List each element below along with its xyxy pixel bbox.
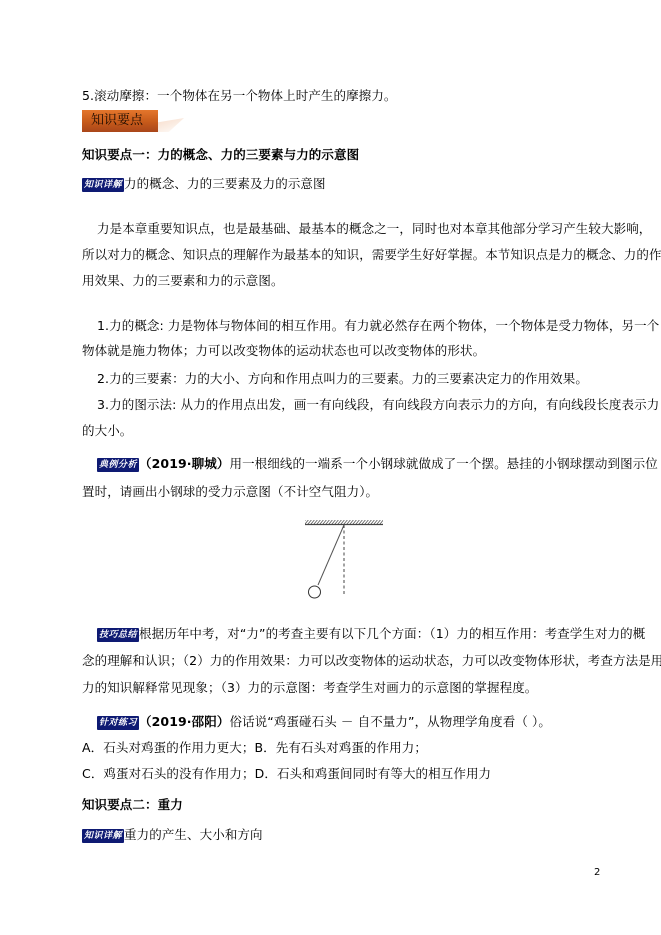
example-analysis-badge: 典例分析 xyxy=(97,458,139,472)
ceiling-hatch xyxy=(305,520,383,524)
example-text: 用一根细线的一端系一个小钢球就做成了一个摆。悬挂的小钢球摆动到图示位 xyxy=(229,456,657,471)
paragraph-line: 所以对力的概念、知识点的理解作为最基本的知识，需要学生好好掌握。本节知识点是力的… xyxy=(82,247,661,263)
item-3-line: 的大小。 xyxy=(82,423,132,439)
page-number: 2 xyxy=(594,867,600,878)
intro-line: 5.滚动摩擦：一个物体在另一个物体上时产生的摩擦力。 xyxy=(82,88,397,104)
targeted-practice-badge: 针对练习 xyxy=(97,716,139,730)
summary-line: 力的知识解释常见现象；（3）力的示意图：考查学生对画力的示意图的掌握程度。 xyxy=(82,680,537,696)
practice-source: （2019·邵阳） xyxy=(139,714,229,729)
practice-question: 俗话说“鸡蛋碰石头 － 自不量力”，从物理学角度看（ ）。 xyxy=(229,714,551,729)
paragraph-line: 力是本章重要知识点，也是最基础、最基本的概念之一，同时也对本章其他部分学习产生较… xyxy=(97,221,651,237)
item-2-line: 2.力的三要素：力的大小、方向和作用点叫力的三要素。力的三要素决定力的作用效果。 xyxy=(97,371,588,387)
document-page: 5.滚动摩擦：一个物体在另一个物体上时产生的摩擦力。 知识要点 知识要点一：力的… xyxy=(0,0,661,935)
section-tag: 知识要点 xyxy=(82,110,158,132)
skill-summary-badge: 技巧总结 xyxy=(97,628,139,642)
item-1-line: 物体就是施力物体；力可以改变物体的运动状态也可以改变物体的形状。 xyxy=(82,343,485,359)
section-heading-1: 知识要点一：力的概念、力的三要素与力的示意图 xyxy=(82,147,359,163)
detail-title-row-2: 知识详解重力的产生、大小和方向 xyxy=(82,827,263,843)
pendulum-string xyxy=(318,525,344,585)
item-1-line: 1.力的概念: 力是物体与物体间的相互作用。有力就必然存在两个物体，一个物体是受… xyxy=(97,318,659,334)
detail-title-row-1: 知识详解力的概念、力的三要素及力的示意图 xyxy=(82,176,326,192)
practice-options-line-2: C．鸡蛋对石头的没有作用力；D．石头和鸡蛋间同时有等大的相互作用力 xyxy=(82,766,491,782)
detail-title: 重力的产生、大小和方向 xyxy=(124,827,263,842)
practice-options-line-1: A．石头对鸡蛋的作用力更大；B．先有石头对鸡蛋的作用力； xyxy=(82,740,427,756)
summary-row: 技巧总结根据历年中考，对“力”的考查主要有以下几个方面：（1）力的相互作用：考查… xyxy=(97,626,645,642)
knowledge-detail-badge: 知识详解 xyxy=(82,829,124,843)
item-3-line: 3.力的图示法: 从力的作用点出发，画一有向线段，有向线段方向表示力的方向，有向… xyxy=(97,397,659,413)
detail-title: 力的概念、力的三要素及力的示意图 xyxy=(124,176,326,191)
section-heading-2: 知识要点二：重力 xyxy=(82,797,183,813)
summary-line: 念的理解和认识；（2）力的作用效果：力可以改变物体的运动状态，力可以改变物体形状… xyxy=(82,653,661,669)
knowledge-detail-badge: 知识详解 xyxy=(82,178,124,192)
paragraph-line: 用效果、力的三要素和力的示意图。 xyxy=(82,273,284,289)
example-row: 典例分析（2019·聊城）用一根细线的一端系一个小钢球就做成了一个摆。悬挂的小钢… xyxy=(97,456,658,472)
example-source: （2019·聊城） xyxy=(139,456,229,471)
practice-row: 针对练习（2019·邵阳）俗话说“鸡蛋碰石头 － 自不量力”，从物理学角度看（ … xyxy=(97,714,551,730)
steel-ball xyxy=(309,586,321,598)
summary-text: 根据历年中考，对“力”的考查主要有以下几个方面：（1）力的相互作用：考查学生对力… xyxy=(139,626,645,641)
pendulum-diagram xyxy=(300,518,390,604)
example-line-2: 置时，请画出小钢球的受力示意图（不计空气阻力）。 xyxy=(82,484,378,500)
